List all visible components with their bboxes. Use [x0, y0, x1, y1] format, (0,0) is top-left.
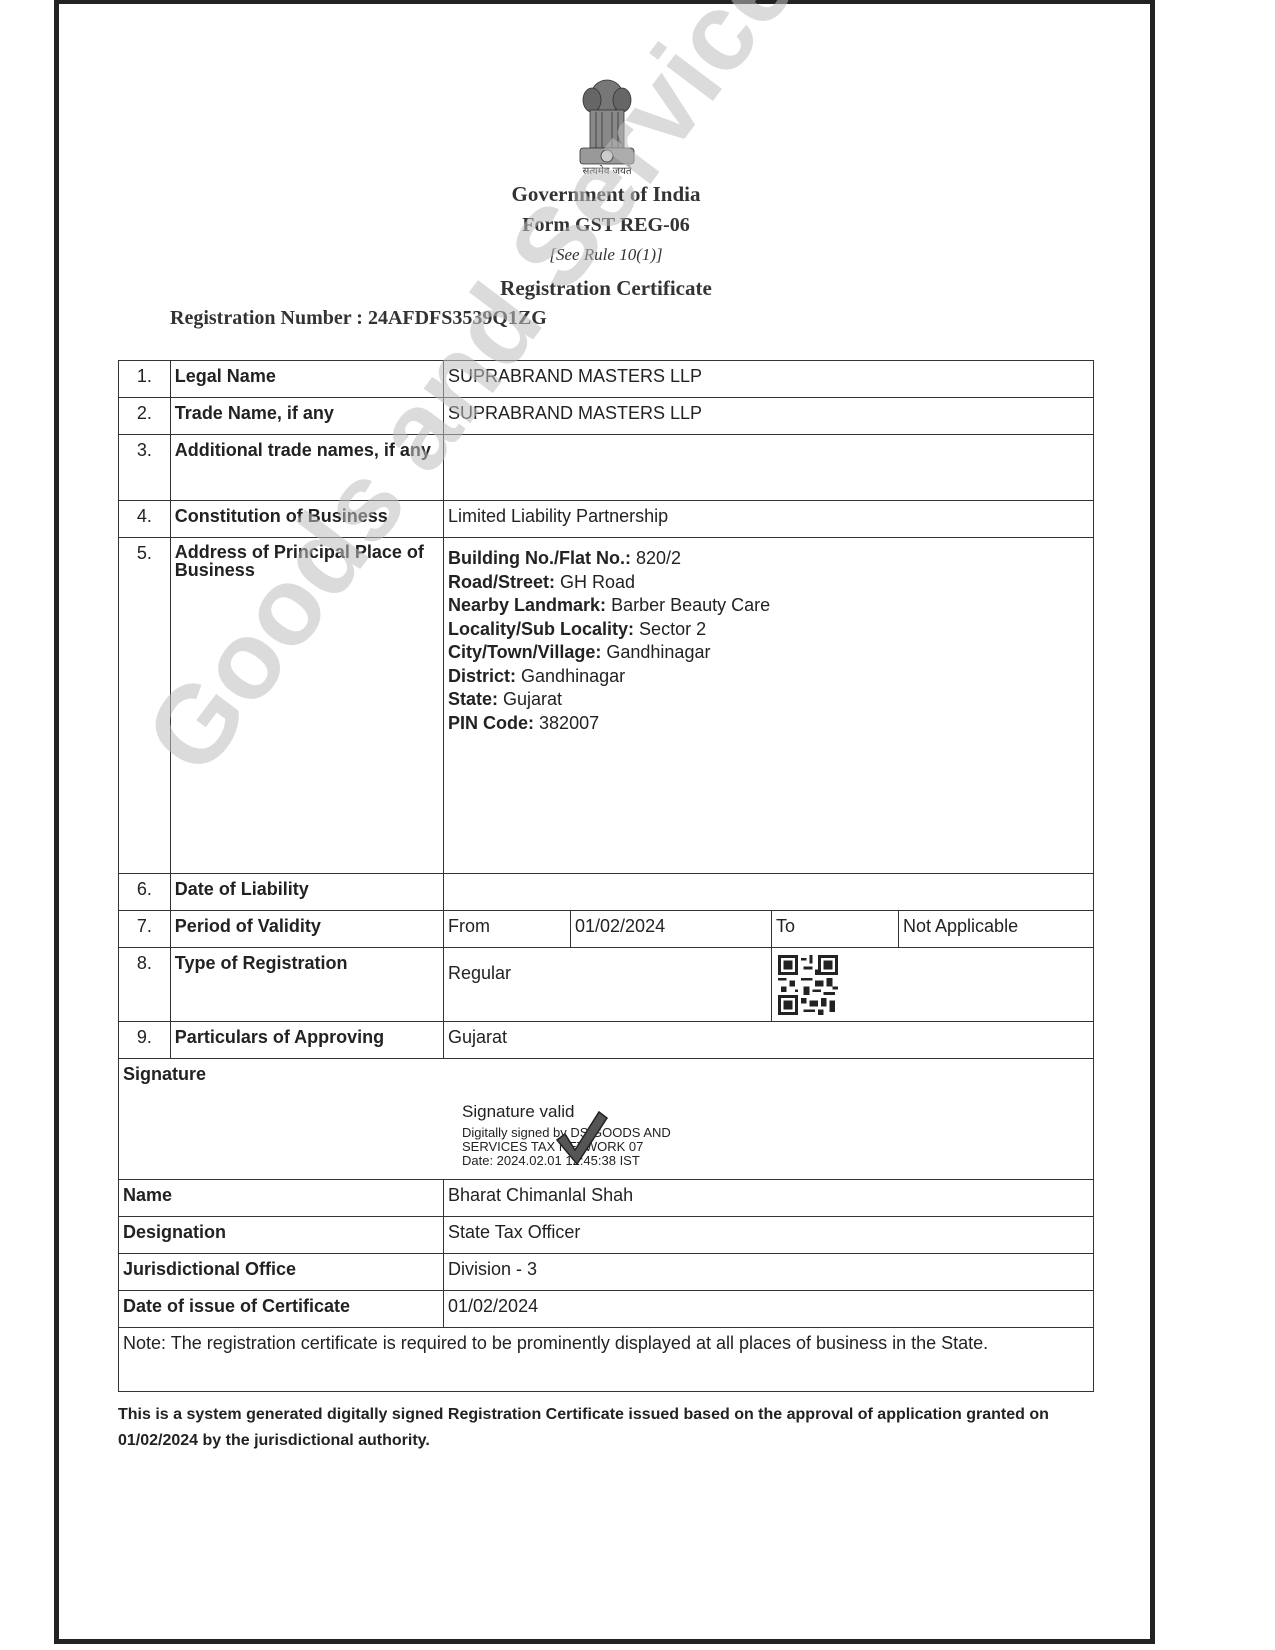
address-city: City/Town/Village: Gandhinagar [448, 641, 1089, 665]
table-row: Name Bharat Chimanlal Shah [119, 1180, 1094, 1217]
address-locality: Locality/Sub Locality: Sector 2 [448, 618, 1089, 642]
table-row: Date of issue of Certificate 01/02/2024 [119, 1291, 1094, 1328]
officer-name-value: Bharat Chimanlal Shah [444, 1180, 1094, 1217]
registration-number: Registration Number : 24AFDFS3539Q1ZG [170, 307, 547, 330]
government-title: Government of India [0, 182, 1212, 207]
validity-from-label: From [444, 911, 571, 948]
jurisdictional-office-value: Division - 3 [444, 1254, 1094, 1291]
validity-from-value: 01/02/2024 [571, 911, 772, 948]
rule-reference: [See Rule 10(1)] [0, 245, 1212, 265]
address-value: Building No./Flat No.: 820/2 Road/Street… [444, 538, 1094, 874]
table-row: Designation State Tax Officer [119, 1217, 1094, 1254]
validity-to-label: To [772, 911, 899, 948]
note-row: Note: The registration certificate is re… [119, 1328, 1094, 1392]
table-row: 3. Additional trade names, if any [119, 435, 1094, 501]
certificate-table: 1. Legal Name SUPRABRAND MASTERS LLP 2. … [118, 360, 1094, 1392]
table-row: 4. Constitution of Business Limited Liab… [119, 501, 1094, 538]
trade-name-value: SUPRABRAND MASTERS LLP [444, 398, 1094, 435]
designation-value: State Tax Officer [444, 1217, 1094, 1254]
table-row: Jurisdictional Office Division - 3 [119, 1254, 1094, 1291]
qr-code-icon [778, 955, 838, 1015]
table-row: 5. Address of Principal Place of Busines… [119, 538, 1094, 874]
certificate-title: Registration Certificate [0, 276, 1212, 301]
legal-name-value: SUPRABRAND MASTERS LLP [444, 361, 1094, 398]
address-road: Road/Street: GH Road [448, 571, 1089, 595]
table-row: 6. Date of Liability [119, 874, 1094, 911]
address-pin: PIN Code: 382007 [448, 712, 1089, 736]
issue-date-value: 01/02/2024 [444, 1291, 1094, 1328]
table-row: 2. Trade Name, if any SUPRABRAND MASTERS… [119, 398, 1094, 435]
note-text: Note: The registration certificate is re… [119, 1328, 1094, 1392]
checkmark-icon [553, 1110, 613, 1168]
constitution-value: Limited Liability Partnership [444, 501, 1094, 538]
date-of-liability-value [444, 874, 1094, 911]
emblem-motto: सत्यमेव जयते [572, 163, 642, 177]
registration-type-value: Regular [444, 948, 772, 1022]
address-district: District: Gandhinagar [448, 665, 1089, 689]
validity-to-value: Not Applicable [899, 911, 1094, 948]
additional-trade-names-value [444, 435, 1094, 501]
address-landmark: Nearby Landmark: Barber Beauty Care [448, 594, 1089, 618]
table-row: 7. Period of Validity From 01/02/2024 To… [119, 911, 1094, 948]
approving-authority-value: Gujarat [444, 1022, 1094, 1059]
form-title: Form GST REG-06 [0, 214, 1212, 237]
table-row: 8. Type of Registration Regular [119, 948, 1094, 1022]
system-generated-note: This is a system generated digitally sig… [118, 1402, 1094, 1454]
table-row: 9. Particulars of Approving Gujarat [119, 1022, 1094, 1059]
address-building: Building No./Flat No.: 820/2 [448, 547, 1089, 571]
address-state: State: Gujarat [448, 688, 1089, 712]
table-row: 1. Legal Name SUPRABRAND MASTERS LLP [119, 361, 1094, 398]
